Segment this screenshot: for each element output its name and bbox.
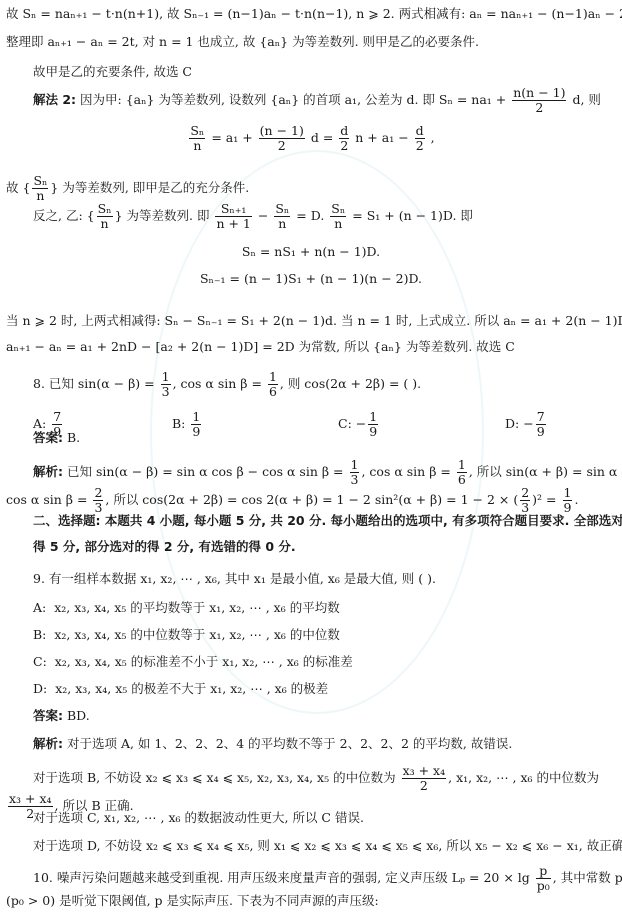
fraction: Sₙn	[274, 202, 290, 231]
q9-option-c: C: x₂, x₃, x₄, x₅ 的标准差不小于 x₁, x₂, ⋯ , x₆…	[33, 654, 353, 670]
fraction: 23	[520, 486, 530, 515]
method2-label: 解法 2:	[33, 92, 76, 107]
fraction: pp₀	[536, 864, 551, 893]
sufficient-condition-line: 故 {Sₙn} 为等差数列, 即甲是乙的充分条件.	[6, 174, 249, 203]
q9-option-a: A: x₂, x₃, x₄, x₅ 的平均数等于 x₁, x₂, ⋯ , x₆ …	[33, 600, 340, 616]
q9-stem: 9. 有一组样本数据 x₁, x₂, ⋯ , x₆, 其中 x₁ 是最小值, x…	[33, 571, 436, 587]
q8-option-d: D: −79	[505, 410, 548, 439]
q9-option-b: B: x₂, x₃, x₄, x₅ 的中位数等于 x₁, x₂, ⋯ , x₆ …	[33, 627, 340, 643]
fraction: 13	[350, 458, 360, 487]
q9-analysis-c: 对于选项 C, x₁, x₂, ⋯ , x₆ 的数据波动性更大, 所以 C 错误…	[33, 810, 364, 826]
fraction: 19	[368, 410, 378, 439]
q8-analysis-line-2: cos α sin β = 23, 所以 cos(2α + 2β) = cos …	[6, 486, 578, 515]
fraction: 23	[93, 486, 103, 515]
fraction: Sₙn	[189, 124, 205, 153]
q9-analysis-b: 对于选项 B, 不妨设 x₂ ⩽ x₃ ⩽ x₄ ⩽ x₅, x₂, x₃, x…	[33, 764, 599, 793]
q8-analysis-line-1: 解析: 已知 sin(α − β) = sin α cos β − cos α …	[33, 458, 622, 487]
q8-options: A: 79 B: 19 C: −19 D: −79	[0, 410, 622, 440]
display-equation-sn-over-n: Sₙn = a₁ + (n − 1)2 d = d2 n + a₁ − d2 ,	[0, 124, 622, 153]
q10-stem-line-2: (p₀ > 0) 是听觉下限阈值, p 是实际声压. 下表为不同声源的声压级:	[6, 893, 379, 909]
fraction: 79	[536, 410, 546, 439]
fraction: Sₙn	[32, 174, 48, 203]
answer-value: B.	[67, 430, 80, 445]
solution-line-2: 整理即 aₙ₊₁ − aₙ = 2t, 对 n = 1 也成立, 故 {aₙ} …	[6, 34, 479, 50]
method2-intro: 解法 2: 因为甲: {aₙ} 为等差数列, 设数列 {aₙ} 的首项 a₁, …	[33, 86, 601, 115]
solution-conclusion: 故甲是乙的充要条件, 故选 C	[33, 64, 192, 80]
fraction: 16	[268, 370, 278, 399]
q8-option-c: C: −19	[338, 410, 380, 439]
fraction: d2	[415, 124, 425, 153]
q9-option-d: D: x₂, x₃, x₄, x₅ 的极差不大于 x₁, x₂, ⋯ , x₆ …	[33, 681, 328, 697]
method2-intro-text: 因为甲: {aₙ} 为等差数列, 设数列 {aₙ} 的首项 a₁, 公差为 d.…	[80, 92, 506, 107]
method2-conclusion-line-2: aₙ₊₁ − aₙ = a₁ + 2nD − [a₂ + 2(n − 1)D] …	[6, 339, 515, 355]
fraction: 16	[457, 458, 467, 487]
section2-heading-line-2: 得 5 分, 部分选对的得 2 分, 有选错的得 0 分.	[33, 539, 296, 555]
answer-value: BD.	[67, 708, 90, 723]
fraction: x₃ + x₄2	[402, 764, 447, 793]
q10-stem: 10. 噪声污染问题越来越受到重视. 用声压级来度量声音的强弱, 定义声压级 L…	[33, 864, 622, 893]
q8-stem: 8. 已知 sin(α − β) = 13, cos α sin β = 16,…	[33, 370, 421, 399]
fraction: 19	[191, 410, 201, 439]
fraction: Sₙ₊₁n + 1	[215, 202, 251, 231]
solution-line-1: 故 Sₙ = naₙ₊₁ − t·n(n+1), 故 Sₙ₋₁ = (n−1)a…	[6, 6, 622, 22]
fraction: 19	[563, 486, 573, 515]
q9-answer: 答案: BD.	[33, 708, 90, 724]
section2-heading-line-1: 二、选择题: 本题共 4 小题, 每小题 5 分, 共 20 分. 每小题给出的…	[33, 513, 622, 529]
q9-analysis-a: 解析: 对于选项 A, 如 1、2、2、2、4 的平均数不等于 2、2、2、2 …	[33, 736, 512, 752]
fraction: n(n − 1)2	[512, 86, 566, 115]
fraction: 13	[161, 370, 171, 399]
fraction: Sₙn	[97, 202, 113, 231]
q8-option-b: B: 19	[172, 410, 203, 439]
fraction: Sₙn	[330, 202, 346, 231]
fraction: (n − 1)2	[259, 124, 305, 153]
q8-answer: 答案: B.	[33, 430, 80, 446]
display-equation-sn: Sₙ = nS₁ + n(n − 1)D.	[0, 244, 622, 260]
converse-line: 反之, 乙: {Sₙn} 为等差数列. 即 Sₙ₊₁n + 1 − Sₙn = …	[33, 202, 473, 231]
display-equation-sn-minus-1: Sₙ₋₁ = (n − 1)S₁ + (n − 1)(n − 2)D.	[0, 271, 622, 287]
fraction: d2	[339, 124, 349, 153]
q9-analysis-d: 对于选项 D, 不妨设 x₂ ⩽ x₃ ⩽ x₄ ⩽ x₅, 则 x₁ ⩽ x₂…	[33, 838, 622, 854]
method2-conclusion-line-1: 当 n ⩾ 2 时, 上两式相减得: Sₙ − Sₙ₋₁ = S₁ + 2(n …	[6, 313, 622, 329]
